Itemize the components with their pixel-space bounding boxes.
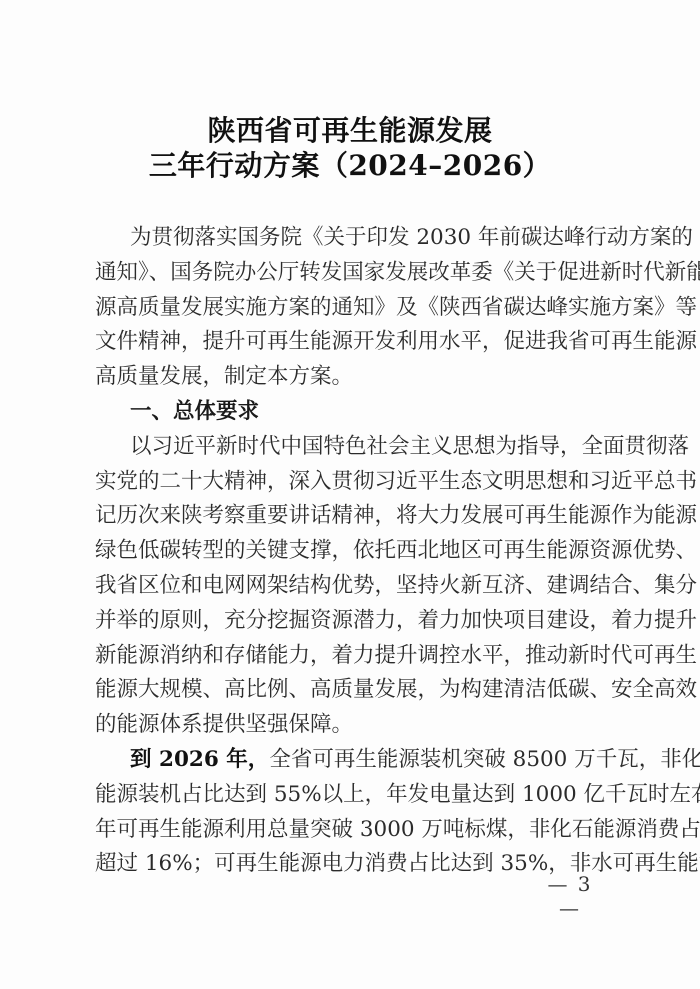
paragraph-line: 实党的二十大精神，深入贯彻习近平生态文明思想和习近平总书 — [95, 465, 617, 500]
title-line-2: 三年行动方案（2024–2026） — [0, 148, 700, 183]
paragraph-line: 超过 16%；可再生能源电力消费占比达到 35%，非水可再生能源 — [95, 847, 617, 882]
intro-line: 源高质量发展实施方案的通知》及《陕西省碳达峰实施方案》等 — [95, 291, 617, 326]
paragraph-line: 绿色低碳转型的关键支撑，依托西北地区可再生能源资源优势、 — [95, 534, 617, 569]
intro-line: 文件精神，提升可再生能源开发利用水平，促进我省可再生能源 — [95, 325, 617, 360]
paragraph-line: 记历次来陕考察重要讲话精神，将大力发展可再生能源作为能源 — [95, 499, 617, 534]
document-title: 陕西省可再生能源发展 三年行动方案（2024–2026） — [0, 113, 700, 183]
page-number: — 3 — — [540, 872, 600, 920]
paragraph-line: 到 2026 年，全省可再生能源装机突破 8500 万千瓦，非化石 — [95, 743, 617, 778]
section-heading: 一、总体要求 — [95, 395, 617, 430]
paragraph-line: 以习近平新时代中国特色社会主义思想为指导，全面贯彻落 — [95, 430, 617, 465]
intro-line: 通知》、国务院办公厅转发国家发展改革委《关于促进新时代新能 — [95, 256, 617, 291]
title-line-1: 陕西省可再生能源发展 — [0, 113, 700, 148]
lead-line-rest: 全省可再生能源装机突破 8500 万千瓦，非化石 — [269, 747, 700, 772]
paragraph-line: 新能源消纳和存储能力，着力提升调控水平，推动新时代可再生 — [95, 639, 617, 674]
bold-lead-text: 到 2026 年， — [130, 747, 269, 772]
document-page: 陕西省可再生能源发展 三年行动方案（2024–2026） 为贯彻落实国务院《关于… — [0, 0, 700, 989]
document-body: 为贯彻落实国务院《关于印发 2030 年前碳达峰行动方案的 通知》、国务院办公厅… — [95, 221, 617, 882]
intro-line: 为贯彻落实国务院《关于印发 2030 年前碳达峰行动方案的 — [95, 221, 617, 256]
paragraph-line: 年可再生能源利用总量突破 3000 万吨标煤，非化石能源消费占比 — [95, 813, 617, 848]
paragraph-line: 的能源体系提供坚强保障。 — [95, 708, 617, 743]
intro-line: 高质量发展，制定本方案。 — [95, 360, 617, 395]
paragraph-line: 能源大规模、高比例、高质量发展，为构建清洁低碳、安全高效 — [95, 673, 617, 708]
paragraph-line: 我省区位和电网网架结构优势，坚持火新互济、建调结合、集分 — [95, 569, 617, 604]
paragraph-line: 并举的原则，充分挖掘资源潜力，着力加快项目建设，着力提升 — [95, 604, 617, 639]
paragraph-line: 能源装机占比达到 55%以上，年发电量达到 1000 亿千瓦时左右， — [95, 778, 617, 813]
